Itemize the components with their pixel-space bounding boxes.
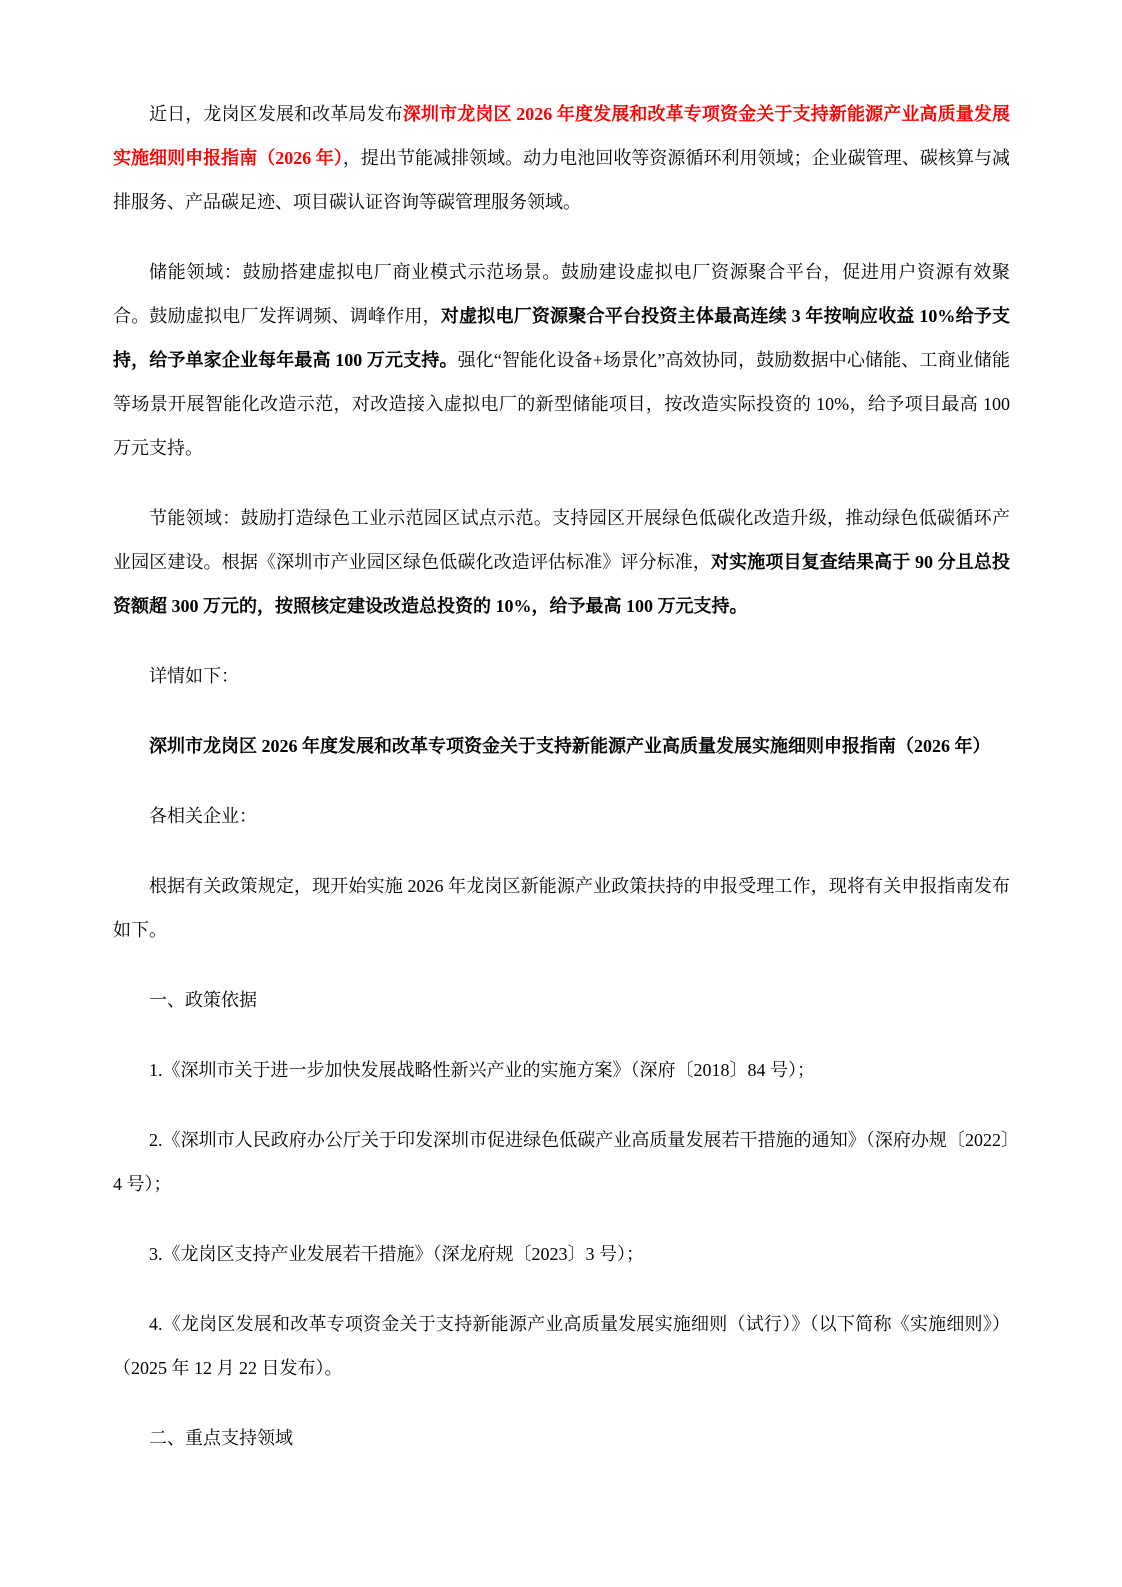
policy-item-3: 3.《龙岗区支持产业发展若干措施》（深龙府规〔2023〕3 号）；: [113, 1232, 1010, 1276]
intro-lead-text: 近日，龙岗区发展和改革局发布: [149, 104, 403, 124]
policy-item-3-text: 3.《龙岗区支持产业发展若干措施》（深龙府规〔2023〕3 号）；: [149, 1244, 644, 1264]
policy-item-1-text: 1.《深圳市关于进一步加快发展战略性新兴产业的实施方案》（深府〔2018〕84 …: [149, 1060, 815, 1080]
paragraph-intro: 近日，龙岗区发展和改革局发布深圳市龙岗区 2026 年度发展和改革专项资金关于支…: [113, 92, 1010, 224]
document-page: 近日，龙岗区发展和改革局发布深圳市龙岗区 2026 年度发展和改革专项资金关于支…: [0, 0, 1122, 1587]
policy-item-4: 4.《龙岗区发展和改革专项资金关于支持新能源产业高质量发展实施细则（试行）》（以…: [113, 1302, 1010, 1390]
policy-item-4-text: 4.《龙岗区发展和改革专项资金关于支持新能源产业高质量发展实施细则（试行）》（以…: [113, 1314, 1010, 1378]
paragraph-energy-saving-field: 节能领域：鼓励打造绿色工业示范园区试点示范。支持园区开展绿色低碳化改造升级，推动…: [113, 496, 1010, 628]
details-label-text: 详情如下：: [149, 666, 239, 686]
paragraph-details-label: 详情如下：: [113, 654, 1010, 698]
paragraph-salutation: 各相关企业：: [113, 794, 1010, 838]
policy-item-2-text: 2.《深圳市人民政府办公厅关于印发深圳市促进绿色低碳产业高质量发展若干措施的通知…: [113, 1130, 1010, 1194]
paragraph-opening: 根据有关政策规定，现开始实施 2026 年龙岗区新能源产业政策扶持的申报受理工作…: [113, 864, 1010, 952]
opening-text: 根据有关政策规定，现开始实施 2026 年龙岗区新能源产业政策扶持的申报受理工作…: [113, 876, 1010, 940]
section-heading-1-text: 一、政策依据: [149, 990, 257, 1010]
policy-item-1: 1.《深圳市关于进一步加快发展战略性新兴产业的实施方案》（深府〔2018〕84 …: [113, 1048, 1010, 1092]
section-heading-1: 一、政策依据: [113, 978, 1010, 1022]
notice-title-text: 深圳市龙岗区 2026 年度发展和改革专项资金关于支持新能源产业高质量发展实施细…: [149, 736, 991, 756]
salutation-text: 各相关企业：: [149, 806, 257, 826]
section-heading-2-text: 二、重点支持领域: [149, 1428, 293, 1448]
notice-title: 深圳市龙岗区 2026 年度发展和改革专项资金关于支持新能源产业高质量发展实施细…: [113, 724, 1010, 768]
paragraph-storage-field: 储能领域：鼓励搭建虚拟电厂商业模式示范场景。鼓励建设虚拟电厂资源聚合平台，促进用…: [113, 250, 1010, 470]
section-heading-2: 二、重点支持领域: [113, 1416, 1010, 1460]
policy-item-2: 2.《深圳市人民政府办公厅关于印发深圳市促进绿色低碳产业高质量发展若干措施的通知…: [113, 1118, 1010, 1206]
